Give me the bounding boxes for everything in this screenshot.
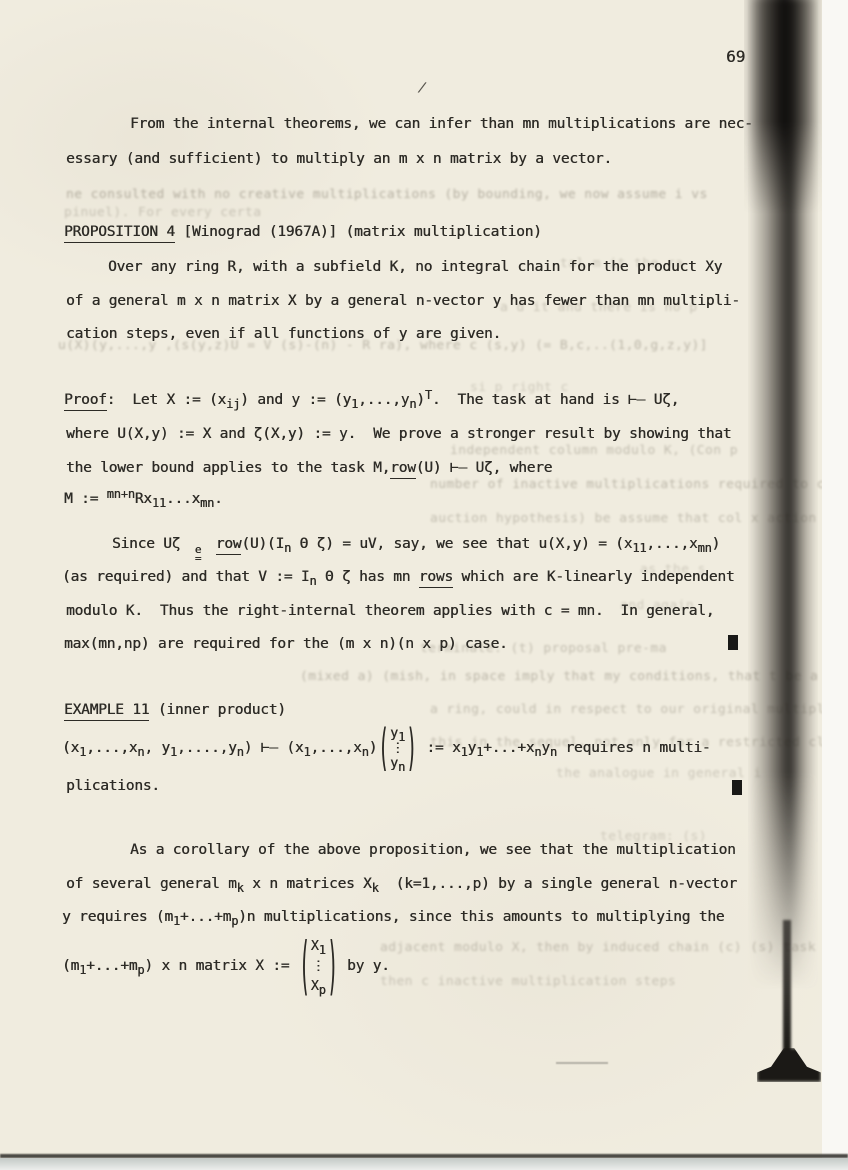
- bleedthrough-text: then c inactive multiplication steps: [380, 974, 676, 988]
- example-formula: (x1,...,xn, y1,....,yn) ⊢— (x1,...,xn) (…: [62, 722, 710, 774]
- proof-line5: Since Uζ e= row(U)(In Θ ζ) = uV, say, we…: [112, 534, 720, 562]
- corollary-line2: of several general mk x n matrices Xk (k…: [66, 874, 737, 894]
- qed-square: [732, 780, 742, 795]
- vector-open-paren: (: [379, 718, 388, 777]
- vector-entry: y1: [390, 726, 405, 741]
- vector-close-paren: ): [407, 718, 416, 777]
- page-number: 69: [726, 47, 745, 66]
- vector-entry: Xp: [311, 976, 326, 996]
- stray-mark: /: [416, 79, 428, 96]
- corollary-line3: y requires (m1+...+mp)n multiplications,…: [62, 907, 724, 927]
- example-formula-left: (x1,...,xn, y1,....,yn) ⊢— (x1,...,xn): [62, 740, 377, 756]
- page-right-edge: [822, 0, 848, 1170]
- spine-shadow-top: [744, 0, 822, 214]
- faint-scan-mark: [556, 1062, 608, 1064]
- proposition-line3: cation steps, even if all functions of y…: [66, 324, 501, 344]
- proposition-line1: Over any ring R, with a subfield K, no i…: [108, 257, 722, 277]
- final-formula: (m1+...+mp) x n matrix X := ( X1 ⋮ Xp ) …: [62, 932, 390, 1000]
- bleedthrough-text: independent column modulo K, (Con p: [450, 443, 738, 457]
- final-formula-right: by y.: [339, 958, 390, 974]
- bleedthrough-text: ne consulted with no creative multiplica…: [66, 187, 708, 201]
- column-vector-y: ( y1 ⋮ yn ): [379, 726, 416, 771]
- bleedthrough-text: pinuel). For every certa: [64, 205, 261, 219]
- proof-line4: M := mn+nRx11...xmn.: [64, 489, 223, 509]
- example-heading: EXAMPLE 11 (inner product): [64, 700, 286, 720]
- qed-square: [728, 635, 738, 650]
- vector-entry: yn: [390, 756, 405, 771]
- vector-entry: X1: [311, 936, 326, 956]
- example-formula-right: := x1y1+...+xnyn requires n multi-: [418, 740, 711, 756]
- vector-dots: ⋮: [391, 741, 404, 756]
- paragraph1-line2: essary (and sufficient) to multiply an m…: [66, 149, 612, 169]
- proposition-heading: PROPOSITION 4 [Winograd (1967A)] (matrix…: [64, 222, 542, 242]
- paragraph1-line1: From the internal theorems, we can infer…: [130, 114, 753, 134]
- proof-line6: (as required) and that V := In Θ ζ has m…: [62, 567, 734, 587]
- vector-dots: ⋮: [312, 956, 325, 976]
- scanner-background-strip: [0, 1158, 848, 1170]
- proposition-line2: of a general m x n matrix X by a general…: [66, 291, 740, 311]
- spine-shadow-tail: [783, 920, 791, 1068]
- proof-line3: the lower bound applies to the task M,ro…: [66, 458, 552, 478]
- column-vector-x: ( X1 ⋮ Xp ): [300, 936, 337, 996]
- vector-close-paren: ): [327, 928, 336, 1004]
- proof-line1: Proof: Let X := (xij) and y := (y1,...,y…: [64, 390, 679, 410]
- spine-shadow-foot: [757, 1048, 821, 1082]
- final-formula-left: (m1+...+mp) x n matrix X :=: [62, 958, 298, 974]
- proof-line8: max(mn,np) are required for the (m x n)(…: [64, 634, 508, 654]
- scanned-book-page: ne consulted with no creative multiplica…: [0, 0, 848, 1170]
- vector-open-paren: (: [300, 928, 309, 1004]
- proof-line7: modulo K. Thus the right-internal theore…: [66, 601, 714, 621]
- corollary-line1: As a corollary of the above proposition,…: [130, 840, 736, 860]
- example-line2: plications.: [66, 776, 160, 796]
- proof-line2: where U(X,y) := X and ζ(X,y) := y. We pr…: [66, 424, 731, 444]
